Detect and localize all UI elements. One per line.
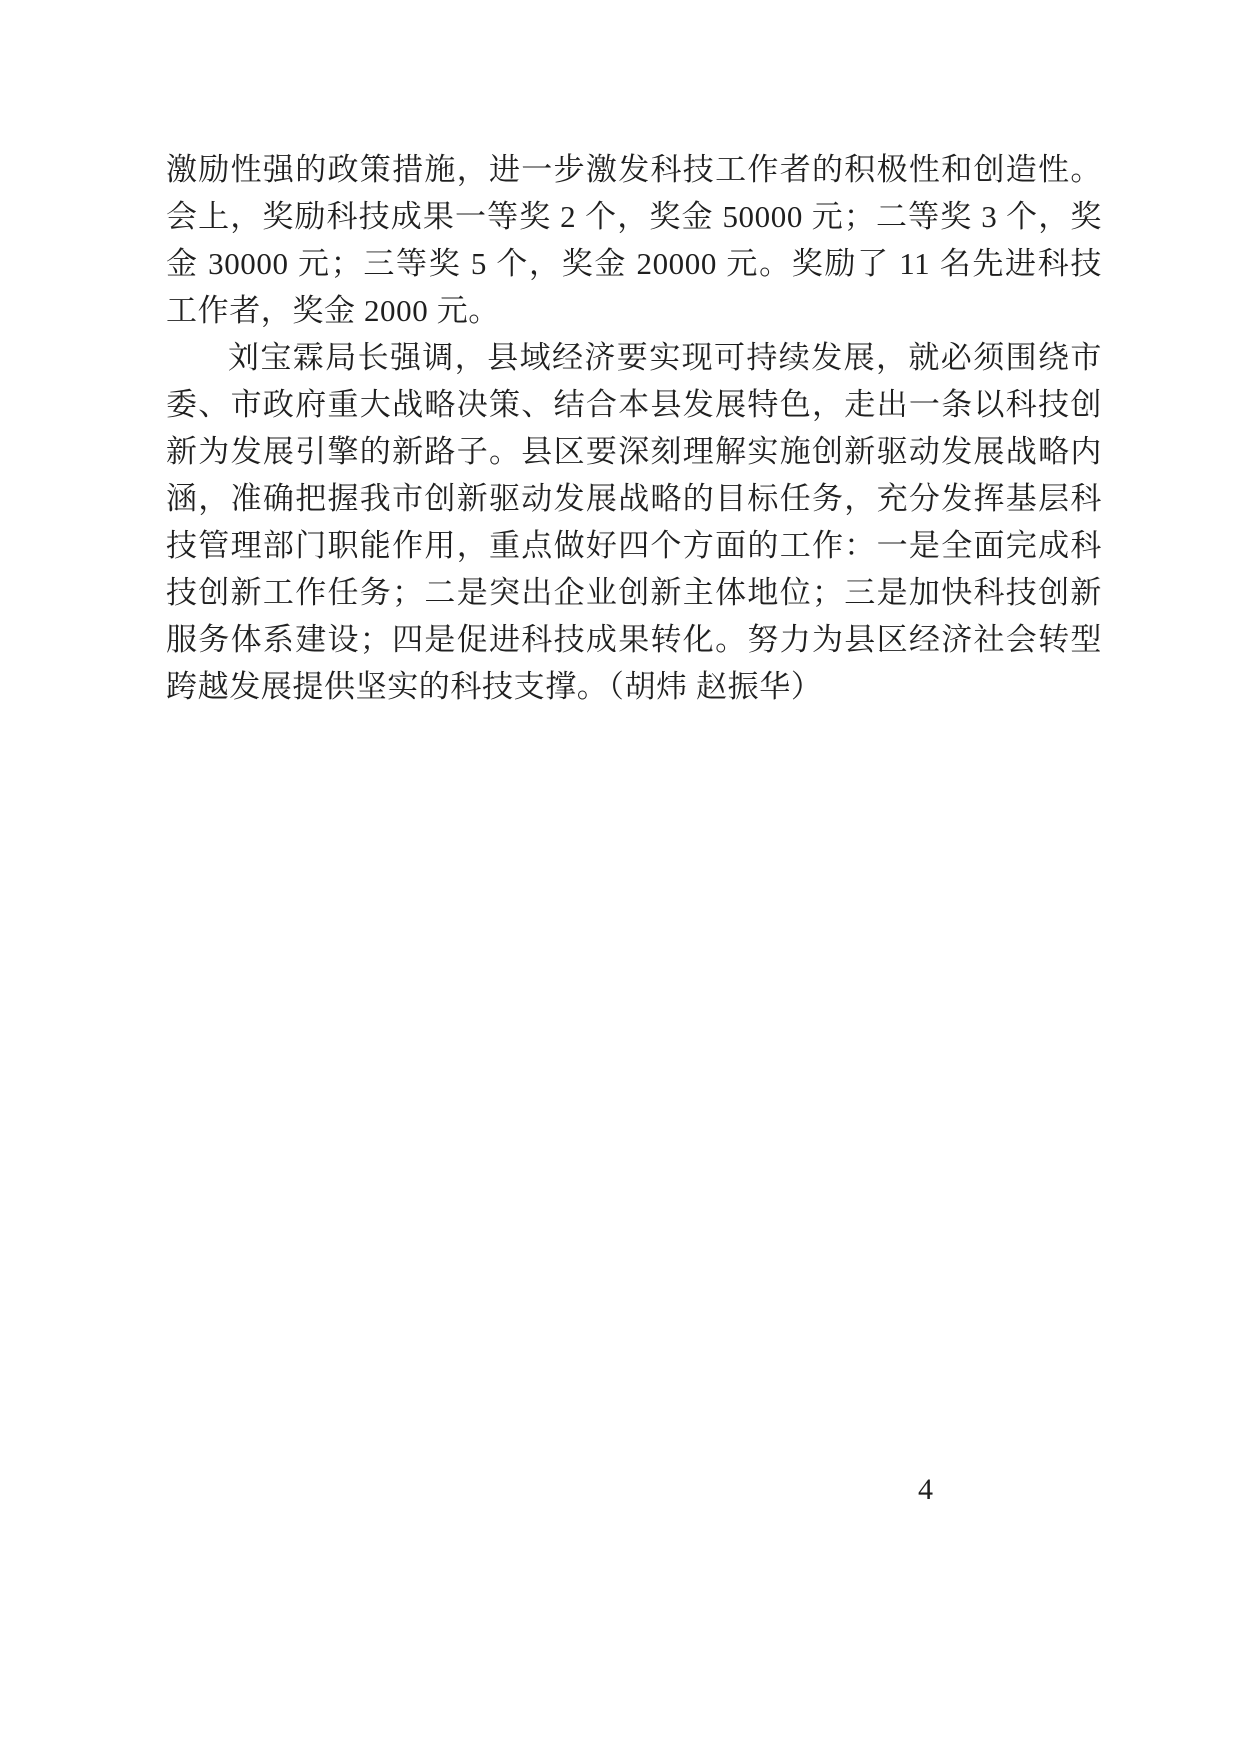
- document-body: 激励性强的政策措施，进一步激发科技工作者的积极性和创造性。会上，奖励科技成果一等…: [166, 146, 1102, 710]
- page-number: 4: [918, 1472, 933, 1508]
- paragraph-1: 激励性强的政策措施，进一步激发科技工作者的积极性和创造性。会上，奖励科技成果一等…: [166, 146, 1102, 334]
- document-page: 激励性强的政策措施，进一步激发科技工作者的积极性和创造性。会上，奖励科技成果一等…: [0, 0, 1241, 1754]
- paragraph-2: 刘宝霖局长强调，县域经济要实现可持续发展，就必须围绕市委、市政府重大战略决策、结…: [166, 334, 1102, 710]
